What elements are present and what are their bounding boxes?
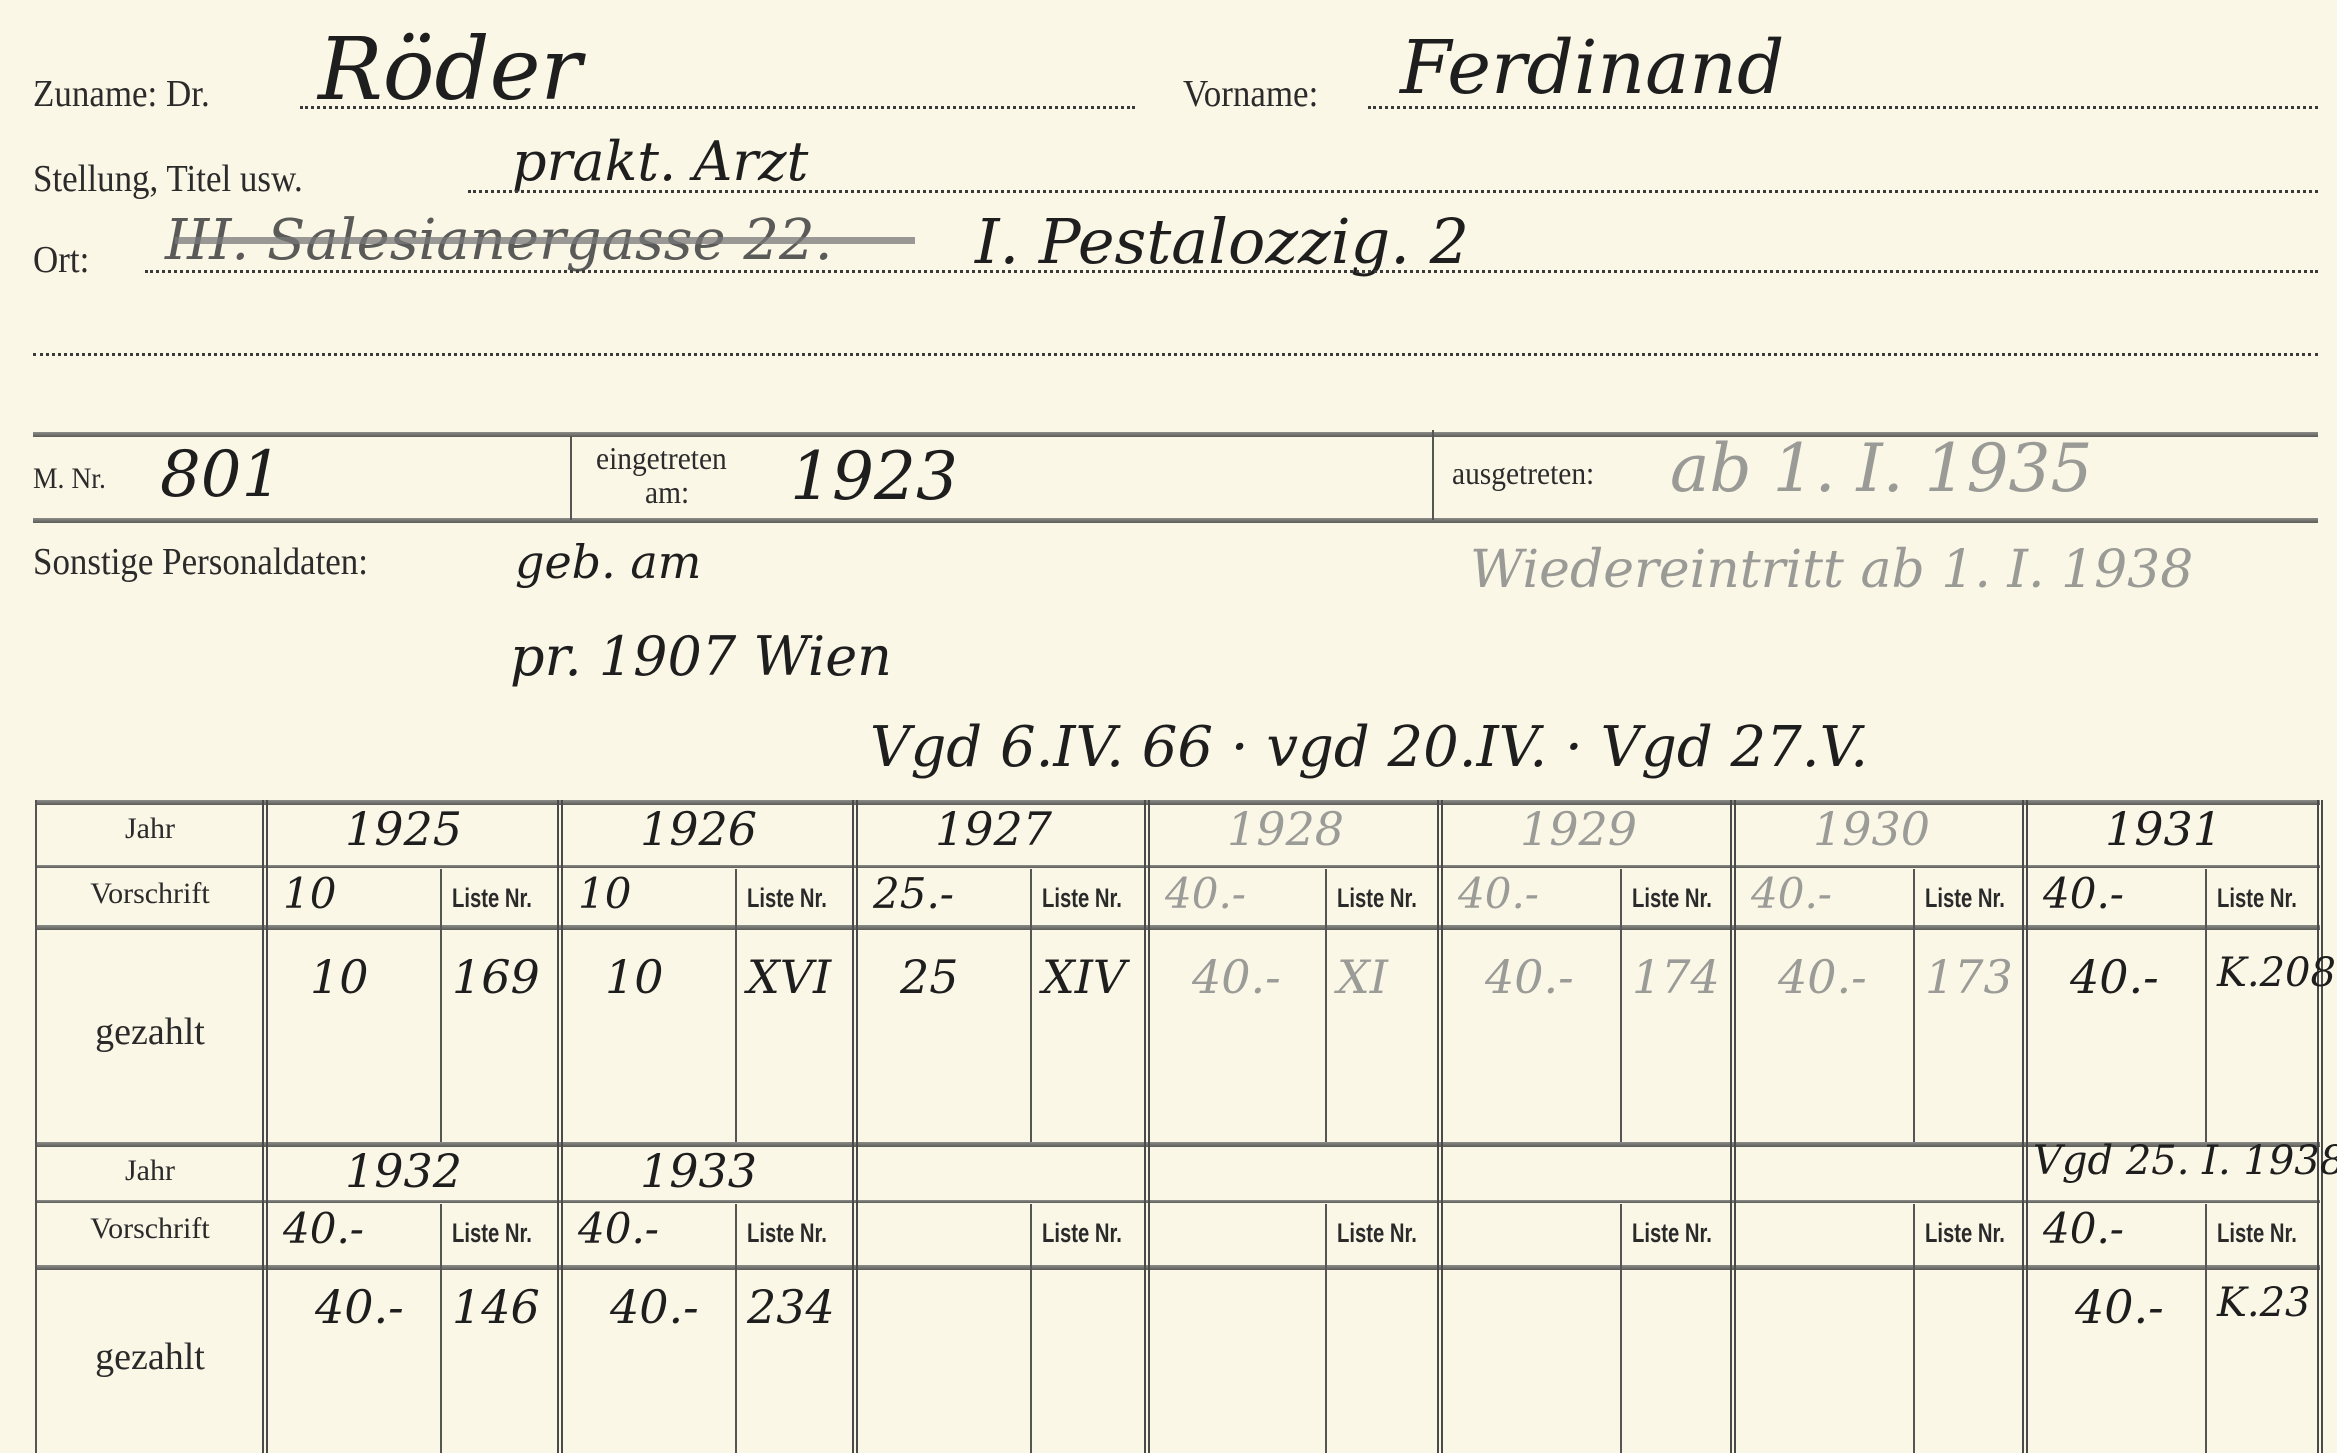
year-value: 1931 <box>2105 802 2222 856</box>
table-1-liste-divider <box>1620 869 1622 1142</box>
vorschrift-label: Vorschrift <box>35 1212 265 1246</box>
table-1-liste-divider <box>440 869 442 1142</box>
stellung-label: Stellung, Titel usw. <box>33 157 303 201</box>
stellung-line <box>468 190 2318 193</box>
vorschrift-value: 40.- <box>283 1204 364 1253</box>
zuname-label: Zuname: Dr. <box>33 72 210 116</box>
liste-value: 146 <box>452 1280 540 1334</box>
table-1-left-border <box>35 800 37 1142</box>
table-2-group-divider <box>1730 1142 1736 1453</box>
paid-value: 40.- <box>1485 950 1574 1004</box>
table-2-group-divider <box>262 1142 268 1453</box>
liste-value: 169 <box>452 950 540 1004</box>
ort-strikethrough <box>175 237 915 244</box>
table-2-liste-divider <box>1030 1204 1032 1453</box>
table-2-group-divider <box>557 1142 563 1453</box>
mnr-label: M. Nr. <box>33 462 106 496</box>
liste-value: XIV <box>1042 950 1126 1004</box>
liste-value: K.23 <box>2217 1280 2311 1326</box>
table-2-group-divider <box>2317 1142 2323 1453</box>
table-1-group-divider <box>262 800 268 1142</box>
paid-value: 40.- <box>2070 950 2159 1004</box>
year-note: Vgd 25. I. 1938 <box>2033 1138 2337 1184</box>
paid-value: 25 <box>900 950 959 1004</box>
year-value: 1933 <box>640 1144 757 1198</box>
liste-nr-header: Liste Nr. <box>2217 1218 2297 1249</box>
table-1-group-divider <box>852 800 858 1142</box>
liste-nr-header: Liste Nr. <box>1337 1218 1417 1249</box>
paid-value: 40.- <box>1778 950 1867 1004</box>
liste-value: 173 <box>1925 950 2013 1004</box>
table-2-liste-divider <box>440 1204 442 1453</box>
sonstige-line-2: pr. 1907 Wien <box>510 625 892 688</box>
vorschrift-value: 40.- <box>578 1204 659 1253</box>
ort-label: Ort: <box>33 238 89 282</box>
ausgetreten-label: ausgetreten: <box>1452 455 1594 492</box>
mnr-divider-1 <box>570 436 572 520</box>
table-1-liste-divider <box>1325 869 1327 1142</box>
table-2-liste-divider <box>1620 1204 1622 1453</box>
liste-nr-header: Liste Nr. <box>747 883 827 914</box>
liste-nr-header: Liste Nr. <box>452 883 532 914</box>
sonstige-line-3: Vgd 6.IV. 66 · vgd 20.IV. · Vgd 27.V. <box>870 715 1868 780</box>
year-value: 1925 <box>345 802 462 856</box>
vorschrift-value: 10 <box>578 869 631 918</box>
vorschrift-value: 40.- <box>1458 869 1539 918</box>
sonstige-label: Sonstige Personaldaten: <box>33 540 368 584</box>
table-1-group-divider <box>557 800 563 1142</box>
table-2-group-divider <box>2022 1142 2028 1453</box>
liste-nr-header: Liste Nr. <box>1042 883 1122 914</box>
year-value: 1926 <box>640 802 757 856</box>
ausgetreten-value: ab 1. I. 1935 <box>1670 430 2093 507</box>
jahr-label: Jahr <box>35 1154 265 1188</box>
table-1-liste-divider <box>2205 869 2207 1142</box>
table-2-liste-divider <box>735 1204 737 1453</box>
vorschrift-value: 40.- <box>1751 869 1832 918</box>
stellung-value: prakt. Arzt <box>512 130 808 193</box>
vorschrift-value: 40.- <box>2043 1204 2124 1253</box>
mnr-divider-2 <box>1432 430 1434 520</box>
liste-nr-header: Liste Nr. <box>1925 1218 2005 1249</box>
liste-nr-header: Liste Nr. <box>1632 1218 1712 1249</box>
zuname-value: Röder <box>318 20 582 120</box>
mnr-value: 801 <box>160 438 282 512</box>
liste-value: K.208 <box>2217 950 2336 996</box>
table-2-liste-divider <box>2205 1204 2207 1453</box>
vorname-line <box>1368 106 2318 109</box>
jahr-label: Jahr <box>35 812 265 846</box>
table-2-liste-divider <box>1325 1204 1327 1453</box>
ort-line <box>145 270 2318 273</box>
table-1-group-divider <box>1730 800 1736 1142</box>
liste-value: 174 <box>1632 950 1720 1004</box>
table-1-liste-divider <box>1030 869 1032 1142</box>
sonstige-line-1: geb. am <box>515 535 701 589</box>
vorschrift-label: Vorschrift <box>35 877 265 911</box>
eingetreten-label-2: am: <box>645 474 689 511</box>
eingetreten-value: 1923 <box>790 438 958 515</box>
year-value: 1928 <box>1227 802 1344 856</box>
blank-line <box>33 353 2318 356</box>
year-value: 1932 <box>345 1144 462 1198</box>
table-2-liste-divider <box>1913 1204 1915 1453</box>
liste-nr-header: Liste Nr. <box>1337 883 1417 914</box>
liste-nr-header: Liste Nr. <box>1925 883 2005 914</box>
paid-value: 40.- <box>2075 1280 2164 1334</box>
table-1-liste-divider <box>735 869 737 1142</box>
eingetreten-label-1: eingetreten <box>596 440 727 477</box>
table-1-group-divider <box>1437 800 1443 1142</box>
table-1-vorschrift-rule <box>35 925 2320 930</box>
paid-value: 10 <box>605 950 664 1004</box>
table-2-group-divider <box>1144 1142 1150 1453</box>
vorschrift-value: 40.- <box>1165 869 1246 918</box>
vorschrift-value: 25.- <box>873 869 954 918</box>
liste-nr-header: Liste Nr. <box>1042 1218 1122 1249</box>
table-1-group-divider <box>1144 800 1150 1142</box>
table-2-group-divider <box>852 1142 858 1453</box>
paid-value: 10 <box>310 950 369 1004</box>
liste-nr-header: Liste Nr. <box>452 1218 532 1249</box>
wiedereintritt-note: Wiedereintritt ab 1. I. 1938 <box>1470 540 2193 600</box>
gezahlt-label: gezahlt <box>35 1335 265 1379</box>
year-value: 1930 <box>1813 802 1930 856</box>
table-1-liste-divider <box>1913 869 1915 1142</box>
paid-value: 40.- <box>610 1280 699 1334</box>
vorschrift-value: 40.- <box>2043 869 2124 918</box>
mnr-bottom-rule <box>33 518 2318 523</box>
vorschrift-value: 10 <box>283 869 336 918</box>
gezahlt-label: gezahlt <box>35 1010 265 1054</box>
ort-current-value: I. Pestalozzig. 2 <box>975 205 1469 278</box>
liste-nr-header: Liste Nr. <box>2217 883 2297 914</box>
liste-value: 234 <box>747 1280 835 1334</box>
vorname-label: Vorname: <box>1183 72 1318 116</box>
table-1-jahr-rule <box>35 865 2320 868</box>
paid-value: 40.- <box>1192 950 1281 1004</box>
table-2-vorschrift-rule <box>35 1265 2320 1270</box>
vorname-value: Ferdinand <box>1400 25 1784 111</box>
table-2-jahr-rule <box>35 1200 2320 1203</box>
table-2-left-border <box>35 1142 37 1453</box>
year-value: 1929 <box>1520 802 1637 856</box>
liste-nr-header: Liste Nr. <box>1632 883 1712 914</box>
table-2-group-divider <box>1437 1142 1443 1453</box>
year-value: 1927 <box>935 802 1052 856</box>
liste-nr-header: Liste Nr. <box>747 1218 827 1249</box>
table-1-group-divider <box>2022 800 2028 1142</box>
paid-value: 40.- <box>315 1280 404 1334</box>
liste-value: XVI <box>747 950 831 1004</box>
zuname-line <box>300 106 1135 109</box>
liste-value: XI <box>1337 950 1388 1004</box>
